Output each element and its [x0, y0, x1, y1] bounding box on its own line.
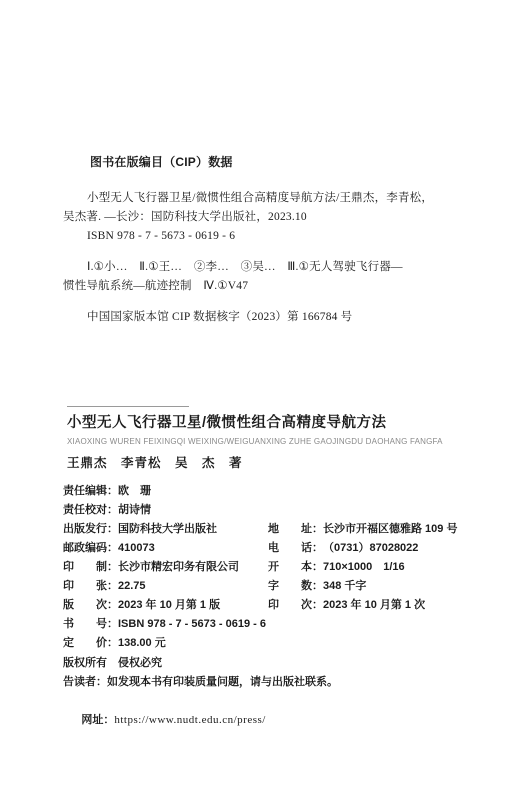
authors-line: 王鼎杰 李青松 吴 杰 著 [67, 453, 457, 471]
pub-value: 410073 [118, 539, 155, 558]
pub-label: 出版发行： [63, 520, 118, 539]
pub-label: 责任校对： [63, 501, 118, 520]
pub-label: 电 话： [268, 539, 323, 558]
cip-record-line: 中国国家版本馆 CIP 数据核字（2023）第 166784 号 [63, 308, 457, 327]
pub-label: 开 本： [268, 558, 323, 577]
pub-value: 长沙市精宏印务有限公司 [118, 558, 239, 577]
website-line: 网址：https://www.nudt.edu.cn/press/ [63, 692, 457, 749]
cip-entry-line-2: 吴杰著. —长沙：国防科技大学出版社，2023.10 [63, 208, 457, 227]
book-title-pinyin: XIAOXING WUREN FEIXINGQI WEIXING/WEIGUAN… [67, 436, 457, 447]
pub-value: 胡诗情 [118, 501, 151, 520]
pub-label: 邮政编码： [63, 539, 118, 558]
copyright-page: 图书在版编目（CIP）数据 小型无人飞行器卫星/微惯性组合高精度导航方法/王鼎杰… [0, 0, 510, 800]
cip-class-line-1: Ⅰ.①小… Ⅱ.①王… ②李… ③吴… Ⅲ.①无人驾驶飞行器— [63, 258, 457, 277]
title-block: 小型无人飞行器卫星/微惯性组合高精度导航方法 XIAOXING WUREN FE… [67, 406, 457, 471]
pub-info-row: 书 号： ISBN 978 - 7 - 5673 - 0619 - 6 [63, 615, 457, 634]
pub-label: 书 号： [63, 615, 118, 634]
pub-info-row: 出版发行： 国防科技大学出版社 地 址： 长沙市开福区德雅路 109 号 [63, 520, 457, 539]
publication-info-block: 责任编辑： 欧 珊 责任校对： 胡诗情 出版发行： 国防科技大学出版社 地 址：… [63, 482, 457, 653]
pub-value: 2023 年 10 月第 1 版 [118, 596, 220, 615]
cip-isbn-line: ISBN 978 - 7 - 5673 - 0619 - 6 [63, 227, 457, 246]
reader-notice: 告读者：如发现本书有印装质量问题，请与出版社联系。 [63, 673, 457, 692]
pub-info-row: 邮政编码： 410073 电 话： （0731）87028022 [63, 539, 457, 558]
pub-label: 字 数： [268, 577, 323, 596]
pub-value: ISBN 978 - 7 - 5673 - 0619 - 6 [118, 615, 266, 634]
pub-info-row: 定 价： 138.00 元 [63, 634, 457, 653]
pub-label: 定 价： [63, 634, 118, 653]
pub-info-row: 版 次： 2023 年 10 月第 1 版 印 次： 2023 年 10 月第 … [63, 596, 457, 615]
pub-label: 印 张： [63, 577, 118, 596]
copyright-notice: 版权所有 侵权必究 [63, 654, 457, 673]
pub-value: 348 千字 [323, 577, 366, 596]
notice-block: 版权所有 侵权必究 告读者：如发现本书有印装质量问题，请与出版社联系。 网址：h… [63, 654, 457, 749]
pub-info-row: 印 张： 22.75 字 数： 348 千字 [63, 577, 457, 596]
cip-header: 图书在版编目（CIP）数据 [63, 153, 457, 172]
title-rule-divider [67, 406, 189, 407]
pub-label: 印 次： [268, 596, 323, 615]
pub-label: 地 址： [268, 520, 323, 539]
pub-info-row: 责任编辑： 欧 珊 [63, 482, 457, 501]
cip-entry-line-1: 小型无人飞行器卫星/微惯性组合高精度导航方法/王鼎杰，李青松， [63, 189, 457, 208]
pub-value: 138.00 元 [118, 634, 166, 653]
pub-value: 长沙市开福区德雅路 109 号 [323, 520, 457, 539]
pub-value: 2023 年 10 月第 1 次 [323, 596, 425, 615]
pub-value: 22.75 [118, 577, 146, 596]
pub-info-row: 责任校对： 胡诗情 [63, 501, 457, 520]
pub-label: 责任编辑： [63, 482, 118, 501]
pub-info-row: 印 制： 长沙市精宏印务有限公司 开 本： 710×1000 1/16 [63, 558, 457, 577]
pub-label: 版 次： [63, 596, 118, 615]
pub-value: 欧 珊 [118, 482, 151, 501]
book-title: 小型无人飞行器卫星/微惯性组合高精度导航方法 [67, 414, 457, 432]
pub-label: 印 制： [63, 558, 118, 577]
cip-block: 图书在版编目（CIP）数据 小型无人飞行器卫星/微惯性组合高精度导航方法/王鼎杰… [63, 153, 457, 327]
cip-class-line-2: 惯性导航系统—航迹控制 Ⅳ.①V47 [63, 277, 457, 296]
website-label: 网址： [81, 714, 114, 726]
pub-value: 710×1000 1/16 [323, 558, 405, 577]
pub-value: 国防科技大学出版社 [118, 520, 217, 539]
pub-value: （0731）87028022 [323, 539, 418, 558]
website-url: https://www.nudt.edu.cn/press/ [114, 714, 265, 726]
